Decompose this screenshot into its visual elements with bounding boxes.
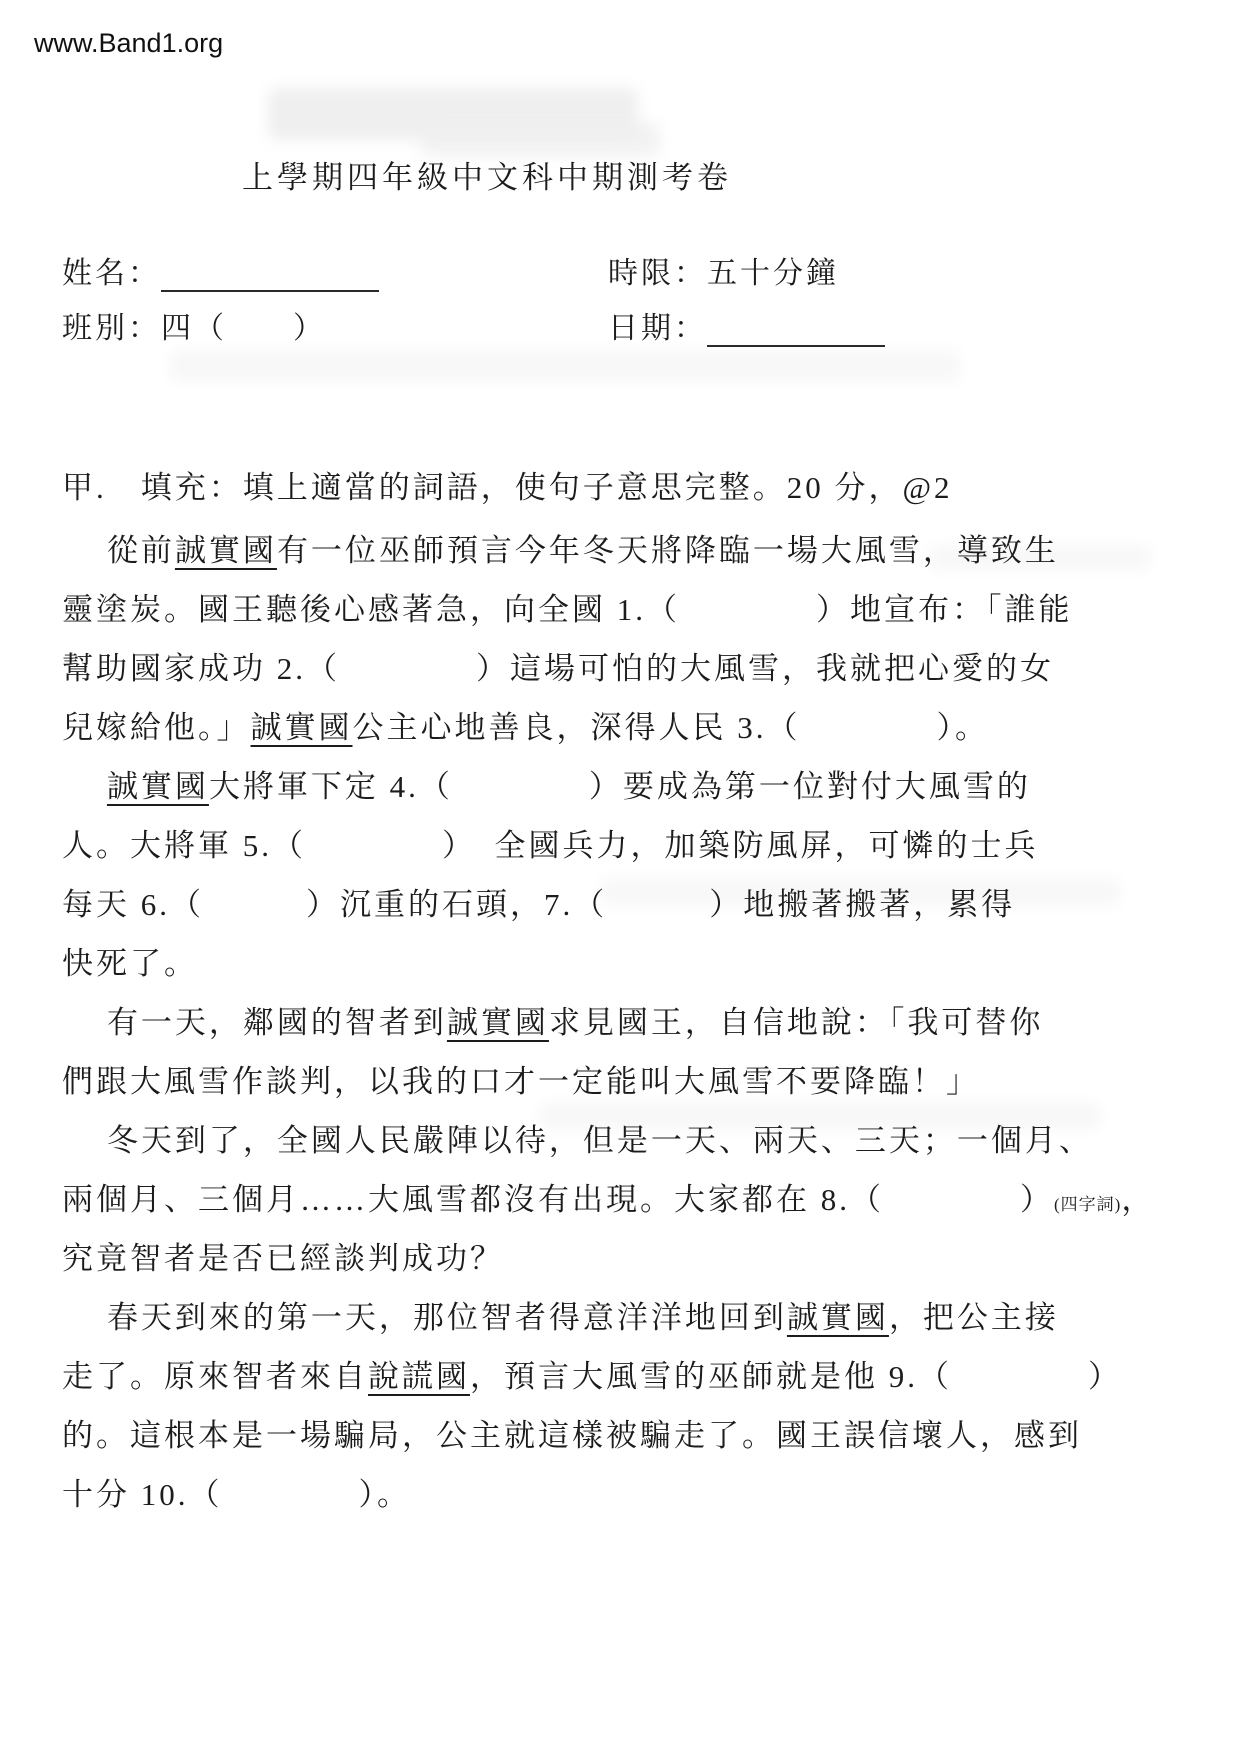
- time-limit-label: 時限：五十分鐘: [608, 257, 839, 290]
- text-segment: 每天 6.（ ）沉重的石頭，7.（ ）地搬著搬著，累得: [62, 887, 1015, 922]
- text-segment: 究竟智者是否已經談判成功？: [62, 1241, 504, 1276]
- text-segment: 靈塗炭。國王聽後心感著急，向全國 1.（ ）地宣布：「誰能: [62, 592, 1073, 627]
- site-watermark: www.Band1.org: [34, 28, 223, 59]
- class-field: 班別：四（ ）: [62, 303, 326, 347]
- exam-body: 從前誠實國有一位巫師預言今年冬天將降臨一場大風雪，導致生靈塗炭。國王聽後心感著急…: [62, 521, 1122, 1524]
- text-line: 十分 10.（ ）。: [62, 1465, 1122, 1524]
- text-segment: 快死了。: [62, 946, 198, 981]
- text-segment: 兩個月、三個月……大風雪都沒有出現。大家都在 8.（ ）: [62, 1182, 1054, 1217]
- text-line: 的。這根本是一場騙局，公主就這樣被騙走了。國王誤信壞人，感到: [62, 1406, 1122, 1465]
- text-segment: 有一天，鄰國的智者到: [107, 1005, 447, 1040]
- paragraph: 誠實國大將軍下定 4.（ ）要成為第一位對付大風雪的人。大將軍 5.（ ） 全國…: [62, 757, 1122, 993]
- text-segment: 求見國王，自信地說：「我可替你: [549, 1005, 1044, 1040]
- section-a-heading: 甲. 填充：填上適當的詞語，使句子意思完整。20 分，@2: [62, 462, 1142, 507]
- text-segment: 人。大將軍 5.（ ） 全國兵力，加築防風屏，可憐的士兵: [62, 828, 1039, 863]
- scanned-exam-page: www.Band1.org 上學期四年級中文科中期測考卷 姓名： 時限：五十分鐘…: [0, 0, 1240, 1754]
- text-segment: ，把公主接: [889, 1300, 1059, 1335]
- date-field: 日期：: [608, 303, 885, 347]
- name-blank-line: [161, 260, 379, 292]
- paragraph: 從前誠實國有一位巫師預言今年冬天將降臨一場大風雪，導致生靈塗炭。國王聽後心感著急…: [62, 521, 1122, 757]
- text-segment: 有一位巫師預言今年冬天將降臨一場大風雪，導致生: [277, 533, 1059, 568]
- date-blank-line: [707, 315, 885, 347]
- text-segment: 走了。原來智者來自: [62, 1359, 368, 1394]
- text-segment: 公主心地善良，深得人民 3.（ ）。: [353, 710, 990, 745]
- text-line: 誠實國大將軍下定 4.（ ）要成為第一位對付大風雪的: [62, 757, 1122, 816]
- paragraph: 冬天到了，全國人民嚴陣以待，但是一天、兩天、三天；一個月、兩個月、三個月……大風…: [62, 1111, 1122, 1288]
- text-segment: ，預言大風雪的巫師就是他 9.（ ）: [470, 1359, 1122, 1394]
- text-line: 兒嫁給他。」誠實國公主心地善良，深得人民 3.（ ）。: [62, 698, 1122, 757]
- underlined-term: 誠實國: [787, 1300, 889, 1335]
- text-segment: 十分 10.（ ）。: [62, 1477, 411, 1512]
- text-line: 人。大將軍 5.（ ） 全國兵力，加築防風屏，可憐的士兵: [62, 816, 1122, 875]
- text-line: 走了。原來智者來自說謊國，預言大風雪的巫師就是他 9.（ ）: [62, 1347, 1122, 1406]
- date-label: 日期：: [608, 312, 707, 345]
- text-line: 幫助國家成功 2.（ ）這場可怕的大風雪，我就把心愛的女: [62, 639, 1122, 698]
- underlined-term: 誠實國: [251, 710, 353, 745]
- underlined-term: 誠實國: [447, 1005, 549, 1040]
- text-line: 有一天，鄰國的智者到誠實國求見國王，自信地說：「我可替你: [62, 993, 1122, 1052]
- text-segment: ，: [1121, 1182, 1155, 1217]
- redacted-school-name-2: [420, 122, 660, 156]
- underlined-term: 說謊國: [368, 1359, 470, 1394]
- time-limit-field: 時限：五十分鐘: [608, 248, 839, 292]
- text-line: 從前誠實國有一位巫師預言今年冬天將降臨一場大風雪，導致生: [62, 521, 1122, 580]
- text-line: 春天到來的第一天，那位智者得意洋洋地回到誠實國，把公主接: [62, 1288, 1122, 1347]
- text-segment: 春天到來的第一天，那位智者得意洋洋地回到: [107, 1300, 787, 1335]
- text-segment: 的。這根本是一場騙局，公主就這樣被騙走了。國王誤信壞人，感到: [62, 1418, 1082, 1453]
- text-segment: 幫助國家成功 2.（ ）這場可怕的大風雪，我就把心愛的女: [62, 651, 1054, 686]
- class-label: 班別：四（ ）: [62, 312, 326, 345]
- word-count-note: (四字詞): [1054, 1195, 1121, 1214]
- text-line: 快死了。: [62, 934, 1122, 993]
- text-line: 靈塗炭。國王聽後心感著急，向全國 1.（ ）地宣布：「誰能: [62, 580, 1122, 639]
- exam-title: 上學期四年級中文科中期測考卷: [242, 152, 672, 197]
- paragraph: 春天到來的第一天，那位智者得意洋洋地回到誠實國，把公主接走了。原來智者來自說謊國…: [62, 1288, 1122, 1524]
- scan-smudge: [170, 350, 960, 382]
- text-line: 究竟智者是否已經談判成功？: [62, 1229, 1122, 1288]
- text-segment: 從前: [107, 533, 175, 568]
- text-segment: 們跟大風雪作談判，以我的口才一定能叫大風雪不要降臨！」: [62, 1064, 980, 1099]
- name-field: 姓名：: [62, 248, 379, 292]
- text-line: 每天 6.（ ）沉重的石頭，7.（ ）地搬著搬著，累得: [62, 875, 1122, 934]
- name-label: 姓名：: [62, 257, 161, 290]
- text-line: 兩個月、三個月……大風雪都沒有出現。大家都在 8.（ ）(四字詞)，: [62, 1170, 1122, 1229]
- text-segment: 兒嫁給他。」: [62, 710, 251, 745]
- text-segment: 大將軍下定 4.（ ）要成為第一位對付大風雪的: [209, 769, 1031, 804]
- text-line: 冬天到了，全國人民嚴陣以待，但是一天、兩天、三天；一個月、: [62, 1111, 1122, 1170]
- paragraph: 有一天，鄰國的智者到誠實國求見國王，自信地說：「我可替你們跟大風雪作談判，以我的…: [62, 993, 1122, 1111]
- underlined-term: 誠實國: [107, 769, 209, 804]
- underlined-term: 誠實國: [175, 533, 277, 568]
- text-line: 們跟大風雪作談判，以我的口才一定能叫大風雪不要降臨！」: [62, 1052, 1122, 1111]
- text-segment: 冬天到了，全國人民嚴陣以待，但是一天、兩天、三天；一個月、: [107, 1123, 1093, 1158]
